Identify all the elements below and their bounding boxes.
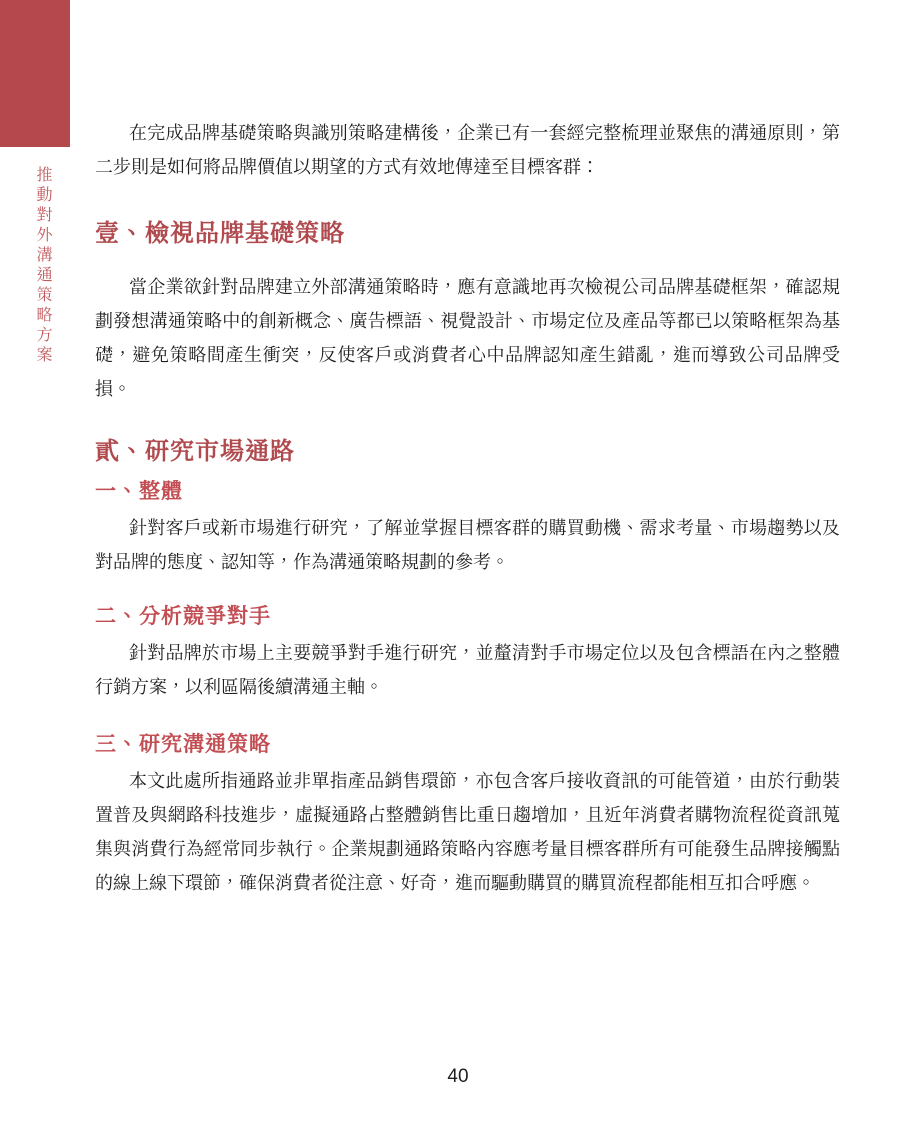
accent-block: [0, 0, 70, 147]
document-page: 推動對外溝通策略方案 在完成品牌基礎策略與識別策略建構後，企業已有一套經完整梳理…: [0, 0, 916, 1139]
section-heading-1: 壹、檢視品牌基礎策略: [95, 218, 840, 250]
subsection-3-paragraph: 本文此處所指通路並非單指產品銷售環節，亦包含客戶接收資訊的可能管道，由於行動裝置…: [95, 764, 840, 900]
page-number: 40: [0, 1066, 916, 1088]
main-content: 在完成品牌基礎策略與識別策略建構後，企業已有一套經完整梳理並聚焦的溝通原則，第二…: [95, 0, 840, 900]
subsection-heading-3: 三、研究溝通策略: [95, 731, 840, 758]
sidebar-vertical-title: 推動對外溝通策略方案: [31, 166, 54, 366]
section-heading-2: 貳、研究市場通路: [95, 436, 840, 468]
intro-paragraph: 在完成品牌基礎策略與識別策略建構後，企業已有一套經完整梳理並聚焦的溝通原則，第二…: [95, 116, 840, 184]
subsection-2-paragraph: 針對品牌於市場上主要競爭對手進行研究，並釐清對手市場定位以及包含標語在內之整體行…: [95, 636, 840, 704]
subsection-heading-1: 一、整體: [95, 478, 840, 505]
subsection-heading-2: 二、分析競爭對手: [95, 603, 840, 630]
subsection-1-paragraph: 針對客戶或新市場進行研究，了解並掌握目標客群的購買動機、需求考量、市場趨勢以及對…: [95, 511, 840, 579]
section-1-paragraph: 當企業欲針對品牌建立外部溝通策略時，應有意識地再次檢視公司品牌基礎框架，確認規劃…: [95, 270, 840, 406]
